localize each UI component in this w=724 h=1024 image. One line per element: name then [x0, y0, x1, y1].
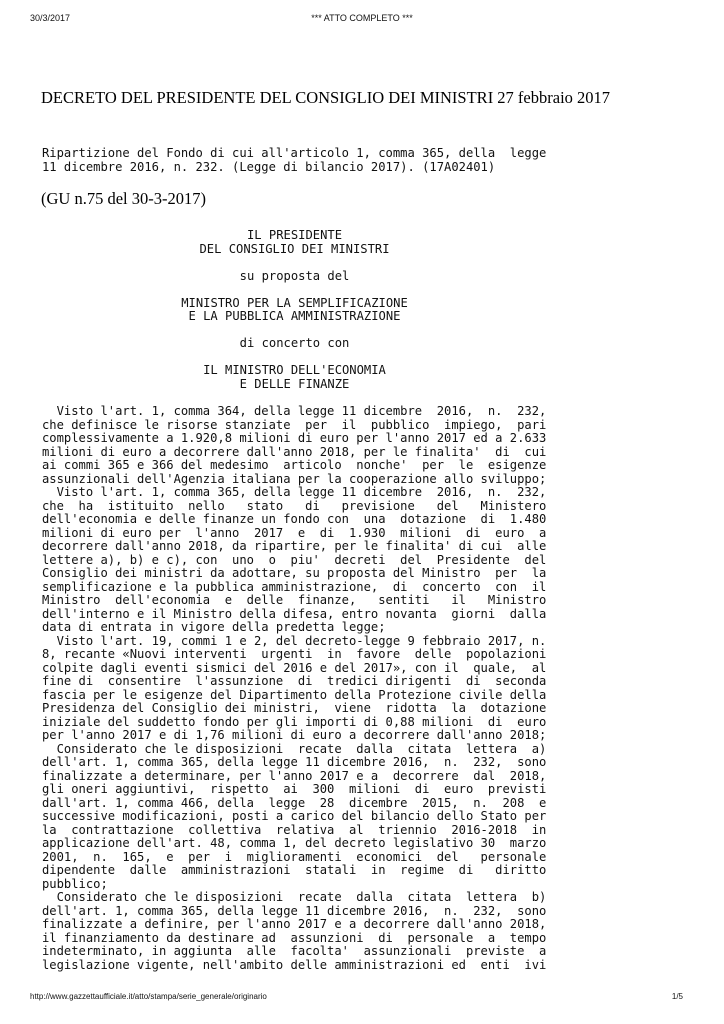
decree-preamble: IL PRESIDENTE DEL CONSIGLIO DEI MINISTRI…	[42, 229, 547, 391]
source-url: http://www.gazzettaufficiale.it/atto/sta…	[30, 992, 267, 1001]
document-page: 30/3/2017 *** ATTO COMPLETO *** DECRETO …	[0, 0, 724, 1024]
page-number: 1/5	[672, 992, 683, 1001]
atto-completo-label: *** ATTO COMPLETO ***	[30, 13, 694, 23]
decree-body-text: Visto l'art. 1, comma 364, della legge 1…	[42, 405, 546, 972]
decree-title: DECRETO DEL PRESIDENTE DEL CONSIGLIO DEI…	[41, 88, 610, 108]
decree-abstract: Ripartizione del Fondo di cui all'artico…	[42, 147, 546, 174]
gu-reference: (GU n.75 del 30-3-2017)	[41, 189, 206, 209]
